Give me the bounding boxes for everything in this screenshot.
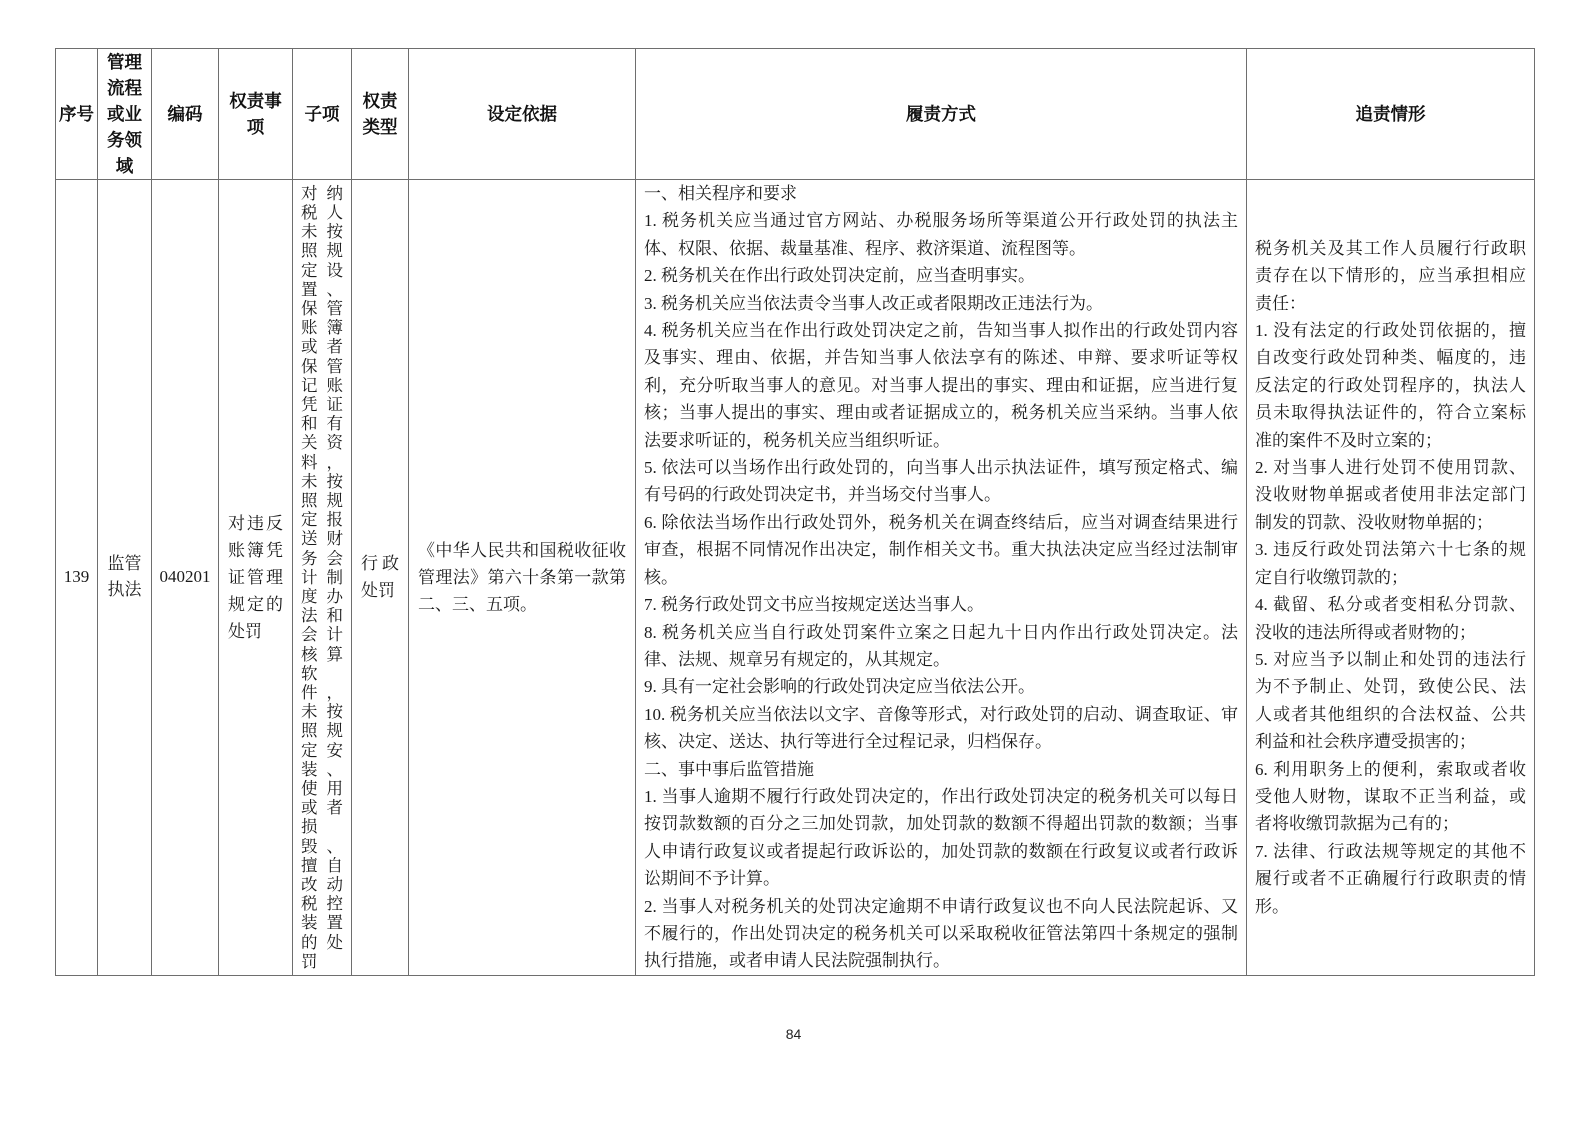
document-page: 序号 管理流程或业务领域 编码 权责事项 子项 权责类型 设定依据 履责方式 追… bbox=[0, 0, 1587, 1122]
paragraph: 3. 违反行政处罚法第六十七条的规定自行收缴罚款的； bbox=[1255, 536, 1526, 591]
cell-domain: 监管执法 bbox=[98, 180, 152, 976]
paragraph: 8. 税务机关应当自行政处罚案件立案之日起九十日内作出行政处罚决定。法律、法规、… bbox=[644, 619, 1238, 674]
cell-serial: 139 bbox=[56, 180, 98, 976]
paragraph: 7. 税务行政处罚文书应当按规定送达当事人。 bbox=[644, 591, 1238, 618]
col-header-type: 权责类型 bbox=[352, 49, 409, 180]
col-header-code: 编码 bbox=[152, 49, 219, 180]
cell-code: 040201 bbox=[152, 180, 219, 976]
cell-subitem: 对纳税人未按照规定设置、保管账簿或者保管记账凭证和有关资料，未按照规定报送财务会… bbox=[293, 180, 352, 976]
paragraph: 10. 税务机关应当依法以文字、音像等形式，对行政处罚的启动、调查取证、审核、决… bbox=[644, 701, 1238, 756]
page-number: 84 bbox=[0, 1026, 1587, 1042]
cell-basis: 《中华人民共和国税收征收管理法》第六十条第一款第二、三、五项。 bbox=[409, 180, 636, 976]
col-header-matter: 权责事项 bbox=[219, 49, 293, 180]
paragraph: 2. 对当事人进行处罚不使用罚款、没收财物单据或者使用非法定部门制发的罚款、没收… bbox=[1255, 454, 1526, 536]
cell-performance: 一、相关程序和要求1. 税务机关应当通过官方网站、办税服务场所等渠道公开行政处罚… bbox=[636, 180, 1247, 976]
col-header-serial: 序号 bbox=[56, 49, 98, 180]
paragraph: 4. 税务机关应当在作出行政处罚决定之前，告知当事人拟作出的行政处罚内容及事实、… bbox=[644, 317, 1238, 454]
paragraph: 9. 具有一定社会影响的行政处罚决定应当依法公开。 bbox=[644, 673, 1238, 700]
responsibility-table: 序号 管理流程或业务领域 编码 权责事项 子项 权责类型 设定依据 履责方式 追… bbox=[55, 48, 1535, 976]
paragraph: 二、事中事后监管措施 bbox=[644, 756, 1238, 783]
paragraph: 3. 税务机关应当依法责令当事人改正或者限期改正违法行为。 bbox=[644, 290, 1238, 317]
paragraph: 7. 法律、行政法规等规定的其他不履行或者不正确履行行政职责的情形。 bbox=[1255, 838, 1526, 920]
paragraph: 税务机关及其工作人员履行行政职责存在以下情形的，应当承担相应责任： bbox=[1255, 235, 1526, 317]
cell-type: 行政处罚 bbox=[352, 180, 409, 976]
paragraph: 5. 对应当予以制止和处罚的违法行为不予制止、处罚，致使公民、法人或者其他组织的… bbox=[1255, 646, 1526, 756]
paragraph: 4. 截留、私分或者变相私分罚款、没收的违法所得或者财物的； bbox=[1255, 591, 1526, 646]
paragraph: 6. 除依法当场作出行政处罚外，税务机关在调查终结后，应当对调查结果进行审查，根… bbox=[644, 509, 1238, 591]
cell-accountability: 税务机关及其工作人员履行行政职责存在以下情形的，应当承担相应责任：1. 没有法定… bbox=[1247, 180, 1535, 976]
paragraph: 2. 当事人对税务机关的处罚决定逾期不申请行政复议也不向人民法院起诉、又不履行的… bbox=[644, 893, 1238, 975]
paragraph: 1. 税务机关应当通过官方网站、办税服务场所等渠道公开行政处罚的执法主体、权限、… bbox=[644, 207, 1238, 262]
paragraph: 一、相关程序和要求 bbox=[644, 180, 1238, 207]
paragraph: 2. 税务机关在作出行政处罚决定前，应当查明事实。 bbox=[644, 262, 1238, 289]
table-row: 139 监管执法 040201 对违反账簿凭证管理规定的处罚 对纳税人未按照规定… bbox=[56, 180, 1535, 976]
table-header-row: 序号 管理流程或业务领域 编码 权责事项 子项 权责类型 设定依据 履责方式 追… bbox=[56, 49, 1535, 180]
col-header-basis: 设定依据 bbox=[409, 49, 636, 180]
col-header-performance: 履责方式 bbox=[636, 49, 1247, 180]
col-header-accountability: 追责情形 bbox=[1247, 49, 1535, 180]
col-header-domain: 管理流程或业务领域 bbox=[98, 49, 152, 180]
paragraph: 6. 利用职务上的便利，索取或者收受他人财物，谋取不正当利益，或者将收缴罚款据为… bbox=[1255, 756, 1526, 838]
paragraph: 1. 当事人逾期不履行行政处罚决定的，作出行政处罚决定的税务机关可以每日按罚款数… bbox=[644, 783, 1238, 893]
cell-matter: 对违反账簿凭证管理规定的处罚 bbox=[219, 180, 293, 976]
col-header-subitem: 子项 bbox=[293, 49, 352, 180]
paragraph: 1. 没有法定的行政处罚依据的，擅自改变行政处罚种类、幅度的，违反法定的行政处罚… bbox=[1255, 317, 1526, 454]
paragraph: 5. 依法可以当场作出行政处罚的，向当事人出示执法证件，填写预定格式、编有号码的… bbox=[644, 454, 1238, 509]
